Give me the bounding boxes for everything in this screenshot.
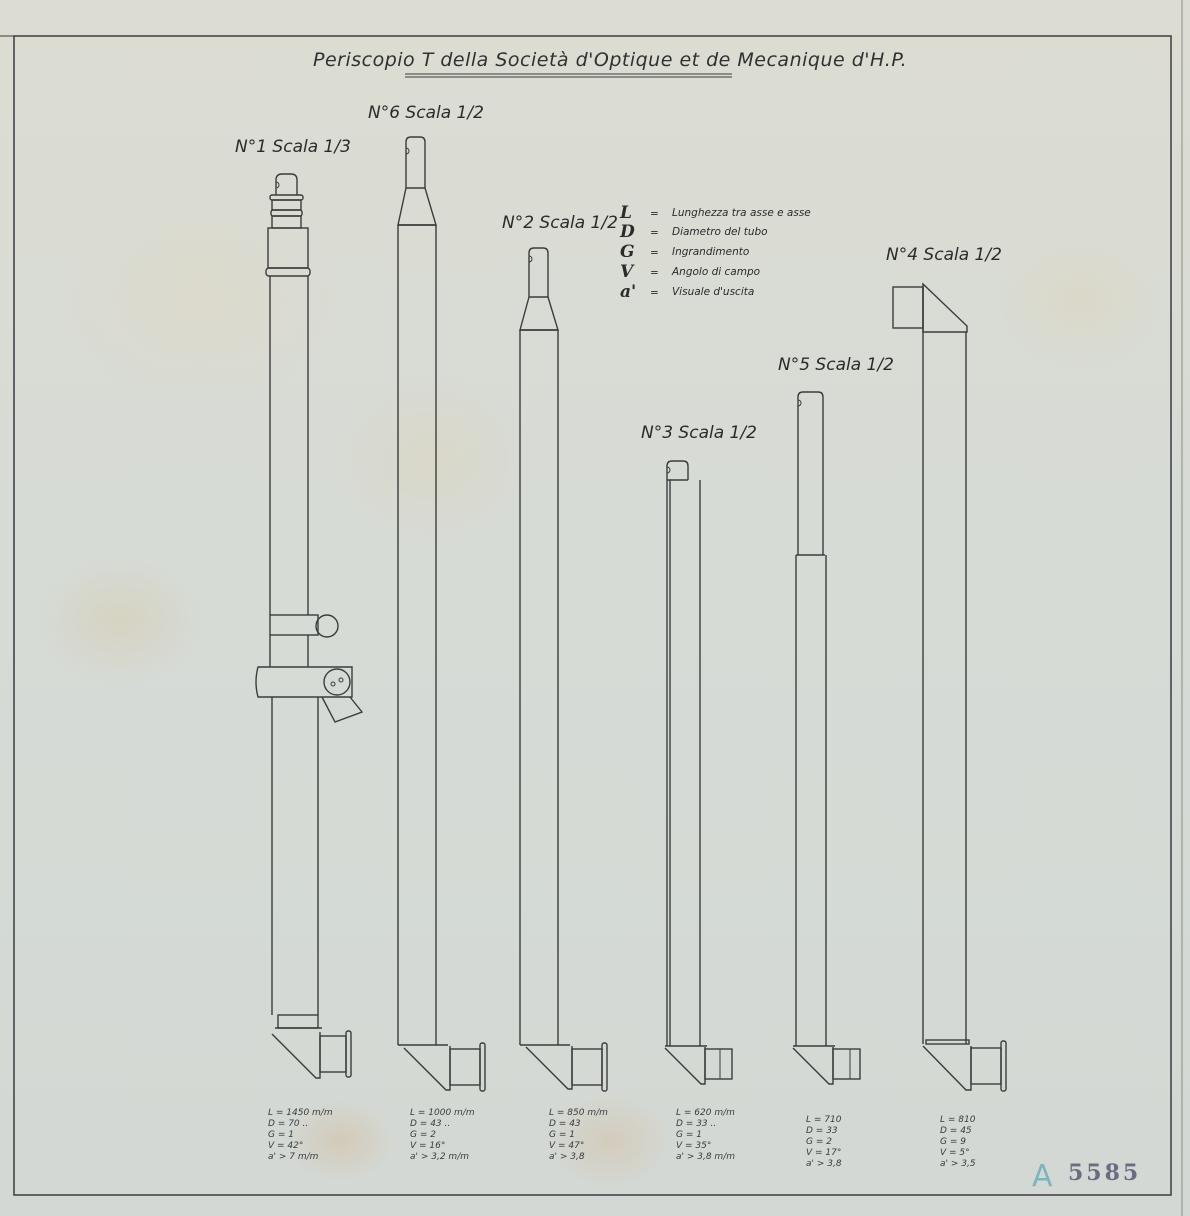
specs-no6: L = 1000 m/m D = 43 .. G = 2 V = 16° a' … bbox=[410, 1108, 475, 1162]
spec-line: D = 33 .. bbox=[676, 1119, 716, 1129]
spec-line: V = 42° bbox=[268, 1141, 303, 1151]
legend-symbol: L bbox=[619, 203, 632, 223]
legend-description: Ingrandimento bbox=[672, 246, 749, 258]
legend: L = Lunghezza tra asse e asse D = Diamet… bbox=[619, 203, 811, 302]
technical-drawing: Periscopio T della Società d'Optique et … bbox=[0, 0, 1190, 1216]
spec-line: D = 43 .. bbox=[410, 1119, 450, 1129]
legend-equals: = bbox=[650, 208, 659, 220]
spec-line: a' > 3,8 m/m bbox=[676, 1152, 735, 1162]
spec-line: L = 1450 m/m bbox=[268, 1108, 333, 1118]
drawing-sheet: Periscopio T della Società d'Optique et … bbox=[0, 0, 1190, 1216]
spec-line: a' > 3,8 bbox=[806, 1159, 842, 1169]
spec-line: V = 47° bbox=[549, 1141, 584, 1151]
spec-line: G = 2 bbox=[410, 1130, 436, 1140]
legend-row: D = Diametro del tubo bbox=[619, 222, 768, 242]
spec-line: V = 16° bbox=[410, 1141, 445, 1151]
periscope-no2: N°2 Scala 1/2 bbox=[502, 213, 618, 1091]
legend-row: G = Ingrandimento bbox=[620, 242, 749, 262]
periscope-no5: N°5 Scala 1/2 bbox=[778, 355, 894, 1084]
periscope-label: N°1 Scala 1/3 bbox=[235, 137, 351, 157]
legend-symbol: V bbox=[620, 262, 635, 282]
spec-line: D = 33 bbox=[806, 1126, 838, 1136]
spec-line: D = 70 .. bbox=[268, 1119, 308, 1129]
legend-description: Angolo di campo bbox=[671, 266, 760, 278]
periscope-no3: N°3 Scala 1/2 bbox=[641, 423, 757, 1084]
legend-equals: = bbox=[650, 287, 659, 299]
periscope-no6: N°6 Scala 1/2 bbox=[368, 103, 485, 1091]
spec-line: a' > 3,2 m/m bbox=[410, 1152, 469, 1162]
spec-line: L = 710 bbox=[806, 1115, 842, 1125]
legend-row: L = Lunghezza tra asse e asse bbox=[619, 203, 811, 223]
spec-line: L = 810 bbox=[940, 1115, 976, 1125]
spec-line: a' > 3,8 bbox=[549, 1152, 585, 1162]
drawing-title: Periscopio T della Società d'Optique et … bbox=[313, 49, 907, 71]
legend-symbol: a' bbox=[620, 282, 636, 302]
spec-line: a' > 3,5 bbox=[940, 1159, 976, 1169]
specs-no1: L = 1450 m/m D = 70 .. G = 1 V = 42° a' … bbox=[268, 1108, 333, 1162]
legend-symbol: G bbox=[620, 242, 635, 262]
legend-description: Lunghezza tra asse e asse bbox=[672, 207, 811, 219]
periscope-no4: N°4 Scala 1/2 bbox=[886, 245, 1006, 1091]
title-block: Periscopio T della Società d'Optique et … bbox=[313, 49, 907, 77]
spec-line: D = 45 bbox=[940, 1126, 972, 1136]
legend-row: a' = Visuale d'uscita bbox=[620, 282, 754, 302]
periscope-no1: N°1 Scala 1/3 bbox=[235, 137, 362, 1078]
legend-description: Diametro del tubo bbox=[672, 226, 768, 238]
spec-line: D = 43 bbox=[549, 1119, 581, 1129]
specs-no4: L = 810 D = 45 G = 9 V = 5° a' > 3,5 bbox=[940, 1115, 976, 1169]
spec-line: L = 620 m/m bbox=[676, 1108, 735, 1118]
spec-line: G = 1 bbox=[268, 1130, 294, 1140]
periscope-label: N°5 Scala 1/2 bbox=[778, 355, 894, 375]
specs-no3: L = 620 m/m D = 33 .. G = 1 V = 35° a' >… bbox=[676, 1108, 735, 1162]
stamp-letter: A bbox=[1032, 1159, 1053, 1194]
periscope-label: N°3 Scala 1/2 bbox=[641, 423, 757, 443]
spec-line: V = 35° bbox=[676, 1141, 711, 1151]
drawing-frame bbox=[0, 0, 1182, 1216]
spec-line: V = 5° bbox=[940, 1148, 970, 1158]
legend-symbol: D bbox=[619, 222, 635, 242]
spec-line: G = 2 bbox=[806, 1137, 832, 1147]
specs-no2: L = 850 m/m D = 43 G = 1 V = 47° a' > 3,… bbox=[549, 1108, 608, 1162]
spec-line: a' > 7 m/m bbox=[268, 1152, 319, 1162]
spec-line: L = 1000 m/m bbox=[410, 1108, 475, 1118]
spec-line: G = 9 bbox=[940, 1137, 966, 1147]
stamp-number: 5585 bbox=[1068, 1160, 1141, 1186]
periscope-label: N°6 Scala 1/2 bbox=[368, 103, 484, 123]
periscope-label: N°2 Scala 1/2 bbox=[502, 213, 618, 233]
spec-line: G = 1 bbox=[676, 1130, 702, 1140]
spec-line: V = 17° bbox=[806, 1148, 841, 1158]
spec-line: L = 850 m/m bbox=[549, 1108, 608, 1118]
periscope-label: N°4 Scala 1/2 bbox=[886, 245, 1002, 265]
specs-no5: L = 710 D = 33 G = 2 V = 17° a' > 3,8 bbox=[806, 1115, 842, 1169]
legend-equals: = bbox=[650, 247, 659, 259]
spec-line: G = 1 bbox=[549, 1130, 575, 1140]
legend-equals: = bbox=[650, 267, 659, 279]
legend-description: Visuale d'uscita bbox=[672, 286, 754, 298]
legend-equals: = bbox=[650, 227, 659, 239]
archive-stamp: A 5585 bbox=[1032, 1159, 1141, 1194]
legend-row: V = Angolo di campo bbox=[620, 262, 760, 282]
